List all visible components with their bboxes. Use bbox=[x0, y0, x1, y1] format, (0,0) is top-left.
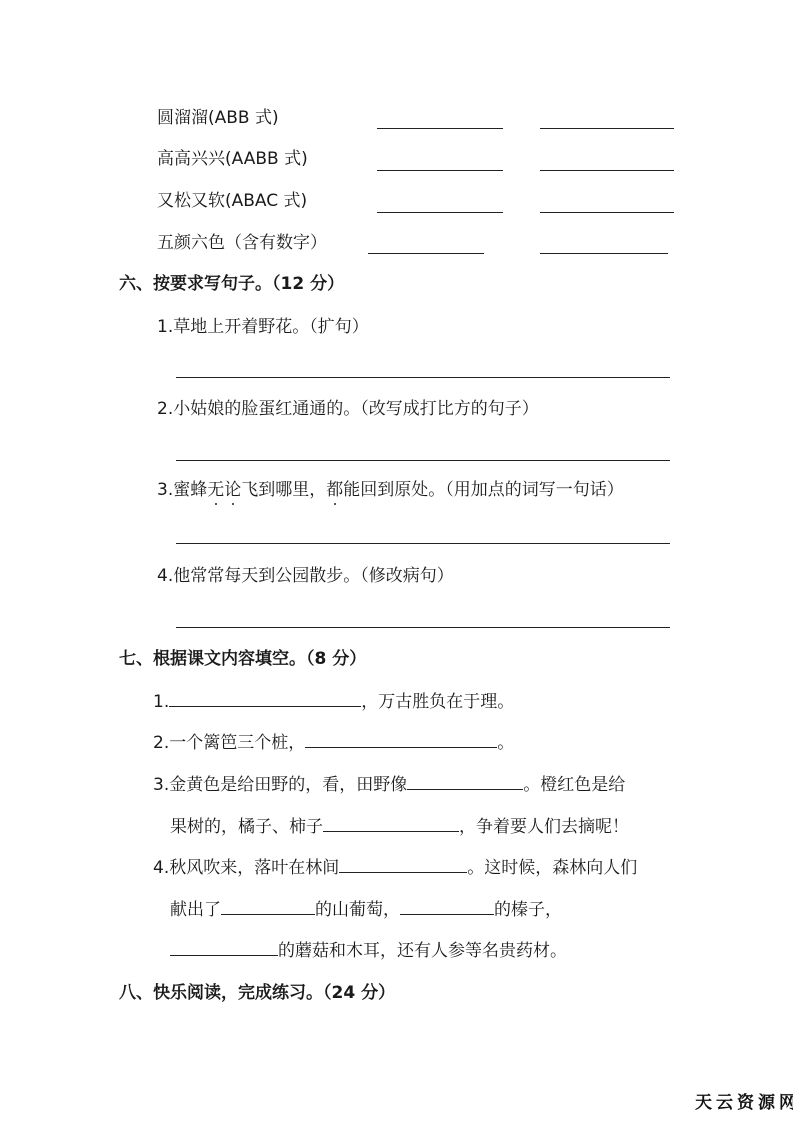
emphasis-dot-char: 都 bbox=[326, 480, 343, 500]
sentence-4-answer-line[interactable] bbox=[176, 627, 670, 628]
fill-blank[interactable] bbox=[305, 731, 497, 748]
word-label: 圆溜溜 bbox=[157, 108, 208, 128]
fill-blank[interactable] bbox=[170, 939, 278, 956]
answer-blank[interactable] bbox=[540, 128, 674, 129]
answer-blank[interactable] bbox=[540, 170, 674, 171]
sentence-1-answer-line[interactable] bbox=[176, 377, 670, 378]
emphasis-dot-char: 论 bbox=[224, 480, 241, 500]
fill-item-3-line-2: 果树的，橘子、柿子，争着要人们去摘呢！ bbox=[170, 815, 629, 838]
emphasis-dot-char: 无 bbox=[207, 480, 224, 500]
section-8-title: 八、快乐阅读，完成练习。（24 分） bbox=[119, 982, 395, 1004]
watermark: 天云资源网 bbox=[695, 1088, 793, 1113]
fill-blank[interactable] bbox=[400, 898, 494, 915]
sentence-4-prompt: 4.他常常每天到公园散步。（修改病句） bbox=[157, 565, 454, 587]
word-label: 又松又软 bbox=[157, 191, 225, 211]
answer-blank[interactable] bbox=[540, 253, 668, 254]
fill-item-2: 2.一个篱笆三个桩，。 bbox=[153, 731, 514, 754]
fill-item-3-line-1: 3.金黄色是给田野的，看，田野像。橙红色是给 bbox=[153, 773, 625, 796]
fill-blank[interactable] bbox=[221, 898, 315, 915]
fill-blank[interactable] bbox=[169, 690, 361, 707]
fill-blank[interactable] bbox=[339, 856, 467, 873]
answer-blank[interactable] bbox=[377, 128, 503, 129]
word-label: 五颜六色 bbox=[157, 233, 225, 253]
answer-blank[interactable] bbox=[377, 170, 503, 171]
word-pattern: (ABAC 式) bbox=[225, 191, 307, 211]
sentence-2-prompt: 2.小姑娘的脸蛋红通通的。（改写成打比方的句子） bbox=[157, 398, 539, 420]
sentence-2-answer-line[interactable] bbox=[176, 460, 670, 461]
fill-blank[interactable] bbox=[407, 773, 523, 790]
word-pattern: (ABB 式) bbox=[208, 108, 279, 128]
fill-item-4-line-2: 献出了的山葡萄，的榛子， bbox=[170, 898, 562, 921]
sentence-3-answer-line[interactable] bbox=[176, 543, 670, 544]
sentence-3-prompt: 3.蜜蜂无论飞到哪里，都能回到原处。（用加点的词写一句话） bbox=[157, 479, 624, 501]
section-6-title: 六、按要求写句子。（12 分） bbox=[119, 273, 344, 295]
section-7-title: 七、根据课文内容填空。（8 分） bbox=[119, 648, 366, 670]
fill-blank[interactable] bbox=[323, 815, 459, 832]
word-pattern: （含有数字） bbox=[225, 233, 327, 253]
fill-item-4-line-3: 的蘑菇和木耳，还有人参等名贵药材。 bbox=[170, 939, 567, 962]
answer-blank[interactable] bbox=[540, 212, 674, 213]
fill-item-4-line-1: 4.秋风吹来，落叶在林间。这时候，森林向人们 bbox=[153, 856, 637, 879]
sentence-1-prompt: 1.草地上开着野花。（扩句） bbox=[157, 316, 369, 338]
word-label: 高高兴兴 bbox=[157, 149, 225, 169]
answer-blank[interactable] bbox=[368, 253, 484, 254]
word-pattern: (AABB 式) bbox=[225, 149, 308, 169]
answer-blank[interactable] bbox=[377, 212, 503, 213]
fill-item-1: 1.，万古胜负在于理。 bbox=[153, 690, 514, 713]
